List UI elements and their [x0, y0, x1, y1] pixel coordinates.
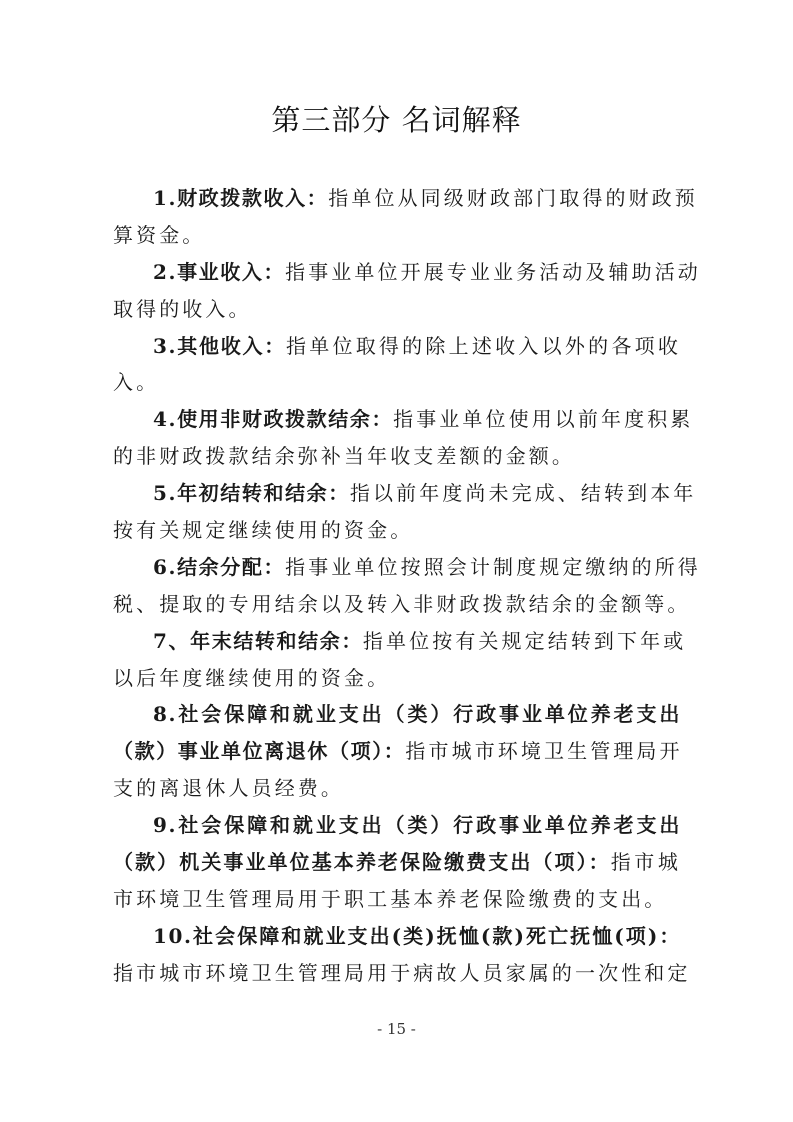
document-line: 8.社会保障和就业支出（类）行政事业单位养老支出	[113, 696, 681, 733]
document-line: 6.结余分配：指事业单位按照会计制度规定缴纳的所得	[113, 549, 681, 586]
term-label: 8.社会保障和就业支出（类）行政事业单位养老支出	[153, 702, 681, 726]
term-label: 6.结余分配：	[153, 555, 285, 579]
term-label: （款）事业单位离退休（项）：	[113, 739, 405, 763]
definition-text: 指市城市环境卫生管理局开	[405, 739, 682, 763]
definition-text: 市环境卫生管理局用于职工基本养老保险缴费的支出。	[113, 887, 667, 911]
definition-text: 指以前年度尚未完成、结转到本年	[350, 481, 697, 505]
definition-text: 指单位取得的除上述收入以外的各项收	[286, 334, 681, 358]
definition-text: 支的离退休人员经费。	[113, 776, 344, 800]
document-line: 指市城市环境卫生管理局用于病故人员家属的一次性和定	[113, 955, 681, 992]
definition-text: 以后年度继续使用的资金。	[113, 666, 390, 690]
definition-text: 指事业单位开展专业业务活动及辅助活动	[285, 260, 701, 284]
page-title: 第三部分 名词解释	[0, 98, 793, 139]
definition-text: 取得的收入。	[113, 297, 252, 321]
document-line: 4.使用非财政拨款结余：指事业单位使用以前年度积累	[113, 401, 681, 438]
document-line: 3.其他收入：指单位取得的除上述收入以外的各项收	[113, 328, 681, 365]
definition-text: 指市城市环境卫生管理局用于病故人员家属的一次性和定	[113, 961, 691, 985]
definition-text: 税、提取的专用结余以及转入非财政拨款结余的金额等。	[113, 592, 691, 616]
document-line: 7、年末结转和结余：指单位按有关规定结转到下年或	[113, 623, 681, 660]
term-label: 10.社会保障和就业支出(类)抚恤(款)死亡抚恤(项)：	[153, 924, 681, 948]
document-body: 1.财政拨款收入：指单位从同级财政部门取得的财政预算资金。2.事业收入：指事业单…	[113, 180, 681, 992]
document-line: 1.财政拨款收入：指单位从同级财政部门取得的财政预	[113, 180, 681, 217]
definition-text: 的非财政拨款结余弥补当年收支差额的金额。	[113, 444, 575, 468]
term-label: 2.事业收入：	[153, 260, 285, 284]
definition-text: 算资金。	[113, 223, 205, 247]
document-line: 9.社会保障和就业支出（类）行政事业单位养老支出	[113, 807, 681, 844]
term-label: 4.使用非财政拨款结余：	[153, 407, 393, 431]
page-number: - 15 -	[0, 1020, 793, 1038]
document-line: 市环境卫生管理局用于职工基本养老保险缴费的支出。	[113, 881, 681, 918]
definition-text: 按有关规定继续使用的资金。	[113, 518, 413, 542]
document-line: 支的离退休人员经费。	[113, 770, 681, 807]
document-line: 算资金。	[113, 217, 681, 254]
document-line: 的非财政拨款结余弥补当年收支差额的金额。	[113, 438, 681, 475]
document-line: （款）机关事业单位基本养老保险缴费支出（项）：指市城	[113, 844, 681, 881]
term-label: 7、年末结转和结余：	[153, 629, 363, 653]
definition-text: 入。	[113, 370, 159, 394]
term-label: （款）机关事业单位基本养老保险缴费支出（项）：	[113, 850, 611, 874]
document-line: 5.年初结转和结余：指以前年度尚未完成、结转到本年	[113, 475, 681, 512]
term-label: 9.社会保障和就业支出（类）行政事业单位养老支出	[153, 813, 681, 837]
definition-text: 指事业单位按照会计制度规定缴纳的所得	[285, 555, 701, 579]
term-label: 3.其他收入：	[153, 334, 286, 358]
term-label: 5.年初结转和结余：	[153, 481, 350, 505]
document-line: 税、提取的专用结余以及转入非财政拨款结余的金额等。	[113, 586, 681, 623]
document-line: 按有关规定继续使用的资金。	[113, 512, 681, 549]
term-label: 1.财政拨款收入：	[153, 186, 328, 210]
document-line: 2.事业收入：指事业单位开展专业业务活动及辅助活动	[113, 254, 681, 291]
definition-text: 指市城	[611, 850, 681, 874]
document-line: 入。	[113, 364, 681, 401]
definition-text: 指单位按有关规定结转到下年或	[363, 629, 686, 653]
document-line: 以后年度继续使用的资金。	[113, 660, 681, 697]
definition-text: 指单位从同级财政部门取得的财政预	[328, 186, 698, 210]
document-line: （款）事业单位离退休（项）：指市城市环境卫生管理局开	[113, 733, 681, 770]
document-line: 10.社会保障和就业支出(类)抚恤(款)死亡抚恤(项)：	[113, 918, 681, 955]
definition-text: 指事业单位使用以前年度积累	[393, 407, 693, 431]
document-line: 取得的收入。	[113, 291, 681, 328]
